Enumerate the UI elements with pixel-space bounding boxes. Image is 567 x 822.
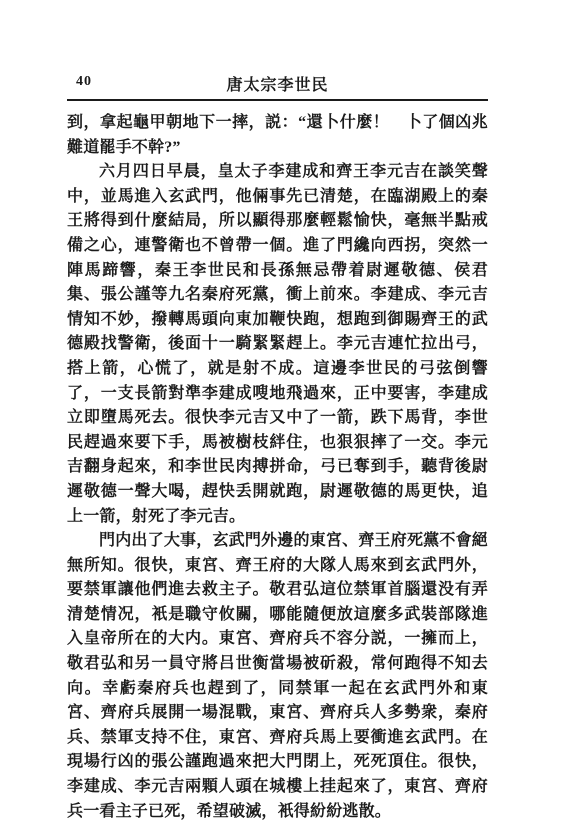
page-body: 到，拿起龜甲朝地下一摔，説：“還卜什麼！ 卜了個凶兆難道罷手不幹?” 六月四日早…	[67, 111, 488, 822]
header-rule	[67, 99, 488, 101]
paragraph-continuation: 到，拿起龜甲朝地下一摔，説：“還卜什麼！ 卜了個凶兆難道罷手不幹?”	[67, 111, 488, 160]
paragraph: 六月四日早晨，皇太子李建成和齊王李元吉在談笑聲中，並馬進入玄武門，他倆事先已清楚…	[67, 160, 488, 529]
page-header: 40 唐太宗李世民	[67, 72, 488, 94]
paragraph: 門内出了大事，玄武門外邊的東宮、齊王府死黨不會絕無所知。很快，東宮、齊王府的大隊…	[67, 529, 488, 822]
running-head-title: 唐太宗李世民	[67, 72, 488, 95]
book-page: 40 唐太宗李世民 到，拿起龜甲朝地下一摔，説：“還卜什麼！ 卜了個凶兆難道罷手…	[0, 0, 567, 822]
